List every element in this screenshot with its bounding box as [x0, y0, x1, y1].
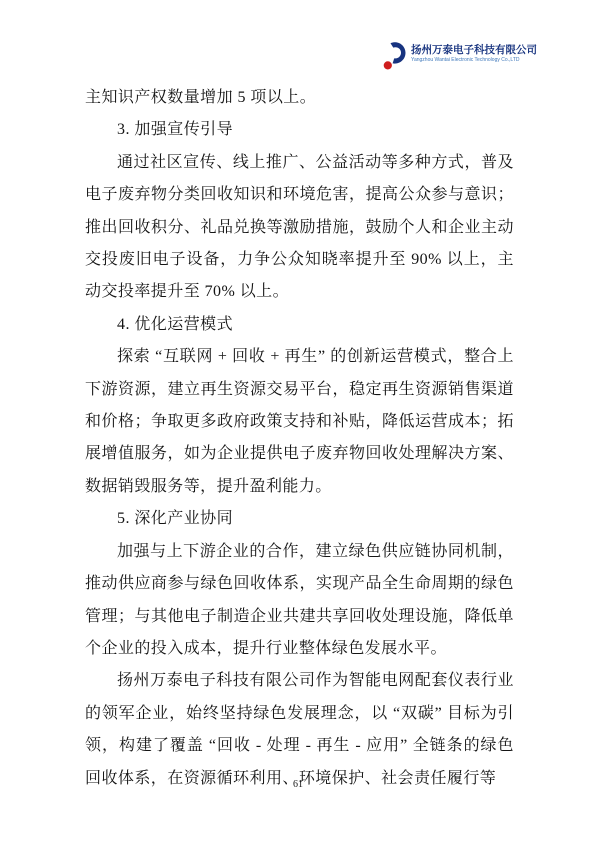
section-heading-5: 5. 深化产业协同	[85, 503, 514, 535]
page-number: 61	[0, 779, 596, 790]
document-page: 扬州万泰电子科技有限公司 Yangzhou Wantai Electronic …	[0, 0, 596, 842]
company-name-en: Yangzhou Wantai Electronic Technology Co…	[411, 57, 537, 64]
company-logo-text: 扬州万泰电子科技有限公司 Yangzhou Wantai Electronic …	[411, 41, 537, 64]
company-logo: 扬州万泰电子科技有限公司 Yangzhou Wantai Electronic …	[383, 41, 537, 71]
paragraph: 扬州万泰电子科技有限公司作为智能电网配套仪表行业的领军企业，始终坚持绿色发展理念…	[85, 665, 514, 795]
section-heading-4: 4. 优化运营模式	[85, 309, 514, 341]
paragraph: 通过社区宣传、线上推广、公益活动等多种方式，普及电子废弃物分类回收知识和环境危害…	[85, 147, 514, 309]
document-body: 主知识产权数量增加 5 项以上。 3. 加强宣传引导 通过社区宣传、线上推广、公…	[85, 82, 514, 795]
section-heading-3: 3. 加强宣传引导	[85, 114, 514, 146]
company-name-zh: 扬州万泰电子科技有限公司	[411, 44, 537, 57]
paragraph: 加强与上下游企业的合作，建立绿色供应链协同机制，推动供应商参与绿色回收体系，实现…	[85, 536, 514, 666]
paragraph-continuation: 主知识产权数量增加 5 项以上。	[85, 82, 514, 114]
paragraph: 探索 “互联网 + 回收 + 再生” 的创新运营模式，整合上下游资源，建立再生资…	[85, 341, 514, 503]
company-logo-icon	[383, 41, 407, 71]
